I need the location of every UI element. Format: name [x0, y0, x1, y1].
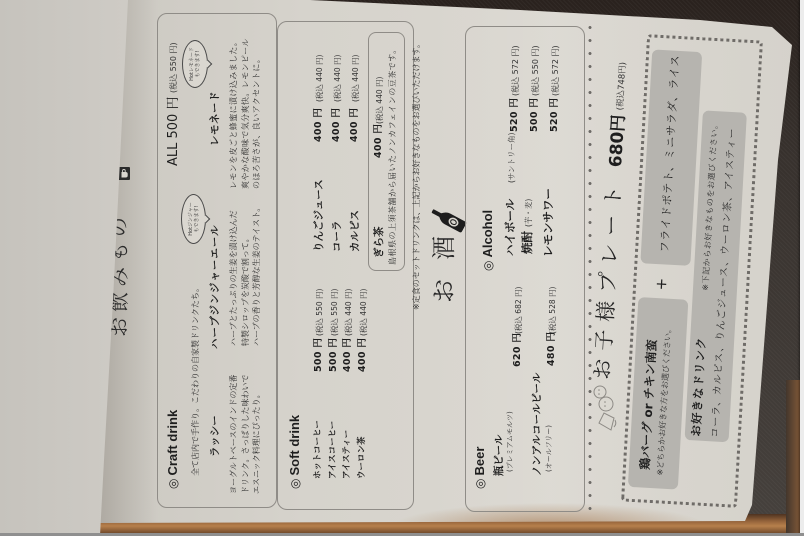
item-price: 400 円	[332, 108, 342, 142]
section-bullet: ◎	[166, 479, 180, 489]
item-price-tax: (税込 528 円)	[549, 287, 557, 334]
item-desc-line: ヨーグルトベースのインドの定番	[230, 375, 238, 494]
kids-faces-icon	[590, 384, 621, 432]
item-price: 400 円	[343, 338, 353, 372]
beer-title: Beer	[472, 447, 487, 476]
beer-header: ◎Beer	[473, 447, 486, 489]
item-price-tax: (税込 550 円)	[316, 289, 324, 336]
item-price-tax: (税込 440 円)	[352, 55, 360, 102]
item-name: アイスティー	[343, 430, 352, 479]
speech-bubble-hot-lemonade: Hotレモネード もできます!	[182, 40, 208, 88]
item-price-tax: (税込 572 円)	[512, 45, 520, 96]
set-drink-note: ※定食のセットドリンクは、上記からお好きなものをお選びいただけます。	[413, 40, 421, 310]
item-name-lassi: ラッシー	[210, 415, 221, 457]
sides-text: フライドポテト、ミニサラダ、ライス	[659, 54, 681, 252]
item-desc-line: ハーブの香りと芳醇な生姜のテイスト。	[253, 204, 261, 346]
item-price: 500 円	[314, 338, 324, 372]
drink-choice-note: ※下記からお好きなものをお選びください。	[702, 120, 720, 291]
item-price-tax: (税込 550 円)	[532, 45, 540, 96]
item-price: 400 円	[314, 108, 324, 142]
section-bullet: ◎	[481, 261, 495, 271]
featured-tea-box: ぎら茶 400 円 (税込 440 円) 島根県の上須茶舗から届いたノンカフェイ…	[368, 32, 405, 271]
craft-drink-header: ◎Craft drink	[166, 410, 179, 489]
item-price: 500 円	[329, 338, 339, 372]
item-price: 520 円	[510, 98, 520, 132]
main-choice-box: 鶏バーグ or チキン南蛮 ※どちらかお好きな方をお選びください。	[628, 297, 689, 489]
item-price-tax: (税込 572 円)	[552, 45, 560, 96]
item-name: ホットコーヒー	[314, 420, 323, 479]
item-price-tax: (税込 550 円)	[331, 289, 339, 336]
item-price-tax: (税込 440 円)	[345, 289, 353, 336]
item-name: ハイボール	[505, 199, 517, 256]
item-desc-line: エスニック料理にぴったり。	[253, 390, 261, 494]
beer-alcohol-section: ◎Beer 瓶ビール (プレミアムモルツ) 620 円 (税込 682 円) ノ…	[465, 26, 585, 512]
item-note: (芋・麦)	[525, 199, 533, 227]
plus-sign: +	[654, 277, 670, 290]
item-name: ノンアルコールビール	[532, 373, 543, 476]
item-name: コーラ	[332, 221, 343, 253]
main-choice: 鶏バーグ or チキン南蛮	[639, 339, 658, 470]
craft-drink-section: ◎Craft drink 全て店内で手作り。こだわりの自家製ドリンクたち。 AL…	[157, 13, 277, 508]
item-price: 480 円	[547, 332, 557, 366]
section-bullet: ◎	[473, 479, 487, 489]
image-frame-right	[800, 0, 804, 536]
kids-plate-price: 680円	[608, 114, 628, 167]
speech-bubble-hot-ginger: Hotジンジャー もできます!	[181, 194, 206, 244]
featured-tea-name: ぎら茶	[374, 227, 385, 259]
featured-tea-price: 400 円	[374, 124, 384, 158]
kids-plate-contents: 鶏バーグ or チキン南蛮 ※どちらかお好きな方をお選びください。 + フライド…	[621, 34, 763, 508]
bubble-text: もできます!	[194, 206, 200, 233]
item-name: 焼酎	[522, 231, 534, 254]
item-note: (オールフリー)	[546, 425, 553, 472]
item-name-lemonade: レモネード	[210, 91, 221, 146]
item-price: 400 円	[350, 108, 360, 142]
soft-drink-section: ◎Soft drink ホットコーヒー 500 円 (税込 550 円) アイス…	[277, 21, 414, 510]
drink-choice-title: お好きなドリンク	[691, 337, 708, 437]
item-note: (プレミアムモルツ)	[507, 411, 514, 472]
item-price-tax: (税込 440 円)	[360, 289, 368, 336]
item-desc-line: ハーブとたっぷりの生姜を漬け込んだ	[230, 210, 238, 346]
dotted-divider	[588, 23, 592, 515]
craft-drink-price: ALL 500 円	[167, 97, 180, 166]
section-bullet: ◎	[288, 479, 302, 489]
soft-drink-header: ◎Soft drink	[288, 415, 301, 489]
item-note: (サントリー角)	[508, 133, 516, 183]
item-price: 400 円	[358, 338, 368, 372]
featured-tea-price-tax: (税込 440 円)	[376, 77, 384, 124]
alcohol-header: ◎Alcohol	[481, 210, 494, 271]
item-price: 520 円	[550, 98, 560, 132]
item-desc-line: 爽やかな酸味で気分爽快。レモンピール	[242, 38, 250, 189]
item-desc-line: レモンを皮ごと蜂蜜に漬け込みました。	[230, 38, 238, 189]
item-name: カルピス	[350, 210, 361, 252]
sides-box: フライドポテト、ミニサラダ、ライス	[640, 49, 702, 265]
kids-plate-title: お子様プレート	[592, 177, 625, 380]
item-desc-line: のほろ苦さが、良いアクセントに。	[253, 55, 261, 189]
item-desc-line: ドリンク。さっぱりした味わいで	[242, 374, 250, 494]
item-desc-line: 特製シロップを炭酸で割って。	[242, 234, 250, 346]
item-name: りんごジュース	[314, 179, 325, 252]
bubble-text: もできます!	[195, 51, 201, 78]
item-price: 500 円	[530, 98, 540, 132]
featured-tea-desc: 島根県の上須茶舗から届いたノンカフェインの豆茶です。	[389, 45, 397, 265]
kids-plate-price-tax: (税込748円)	[616, 62, 627, 111]
item-name: ウーロン茶	[358, 436, 367, 479]
item-name-herb-ginger-ale: ハーブジンジャーエール	[210, 224, 221, 349]
alcohol-title: Alcohol	[480, 210, 495, 258]
item-price: 620 円	[513, 333, 523, 367]
craft-drink-title: Craft drink	[165, 410, 180, 476]
item-name: レモンサワー	[543, 188, 555, 257]
soft-drink-title: Soft drink	[287, 415, 302, 476]
main-choice-note: ※どちらかお好きな方をお選びください。	[657, 325, 673, 476]
item-name: アイスコーヒー	[329, 421, 338, 479]
craft-drink-subtitle: 全て店内で手作り。こだわりの自家製ドリンクたち。	[192, 284, 200, 476]
craft-drink-price-tax: (税込 550 円)	[170, 42, 178, 93]
item-price-tax: (税込 440 円)	[334, 55, 342, 102]
item-price-tax: (税込 440 円)	[316, 55, 324, 102]
item-name: 瓶ビール	[494, 435, 505, 476]
item-price-tax: (税込 682 円)	[515, 287, 523, 334]
